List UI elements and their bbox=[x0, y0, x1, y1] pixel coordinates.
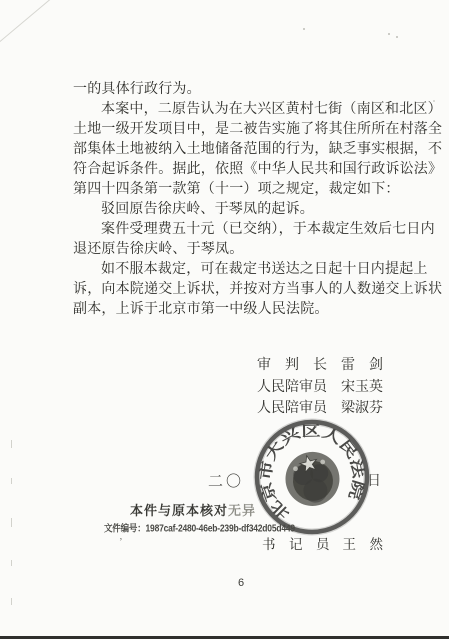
scan-artifact-left-dash bbox=[11, 598, 12, 605]
scan-artifact-left-dash bbox=[11, 560, 12, 566]
judge-name: 雷 剑 bbox=[341, 358, 383, 373]
file-number-label: 文件编号： bbox=[104, 522, 146, 534]
ruling-body-text: 一的具体行政行为。 本案中，二原告认为在大兴区黄村七街（南区和北区） 土地一级开… bbox=[73, 80, 433, 320]
scan-speck bbox=[388, 33, 390, 35]
scan-artifact-left-dash bbox=[11, 440, 12, 448]
assessor-line: 人民陪审员宋玉英 bbox=[257, 377, 383, 399]
body-line: 驳回原告徐庆岭、于琴凤的起诉。 bbox=[73, 200, 433, 220]
scan-artifact-left-dash bbox=[11, 478, 12, 484]
judges-signature-block: 审 判 长雷 剑 人民陪审员宋玉英 人民陪审员梁淑芬 bbox=[257, 355, 383, 420]
page-number: 6 bbox=[238, 577, 244, 589]
body-line: 本案中，二原告认为在大兴区黄村七街（南区和北区） bbox=[73, 100, 433, 120]
file-number-line: 文件编号：1987caf-2480-46eb-239b-df342d05d449 bbox=[104, 521, 295, 535]
body-line: 副本，上诉于北京市第一中级人民法院。 bbox=[73, 300, 433, 320]
body-line: 案件受理费五十元（已交纳），于本裁定生效后七日内 bbox=[73, 220, 433, 240]
verification-text: 本件与原本核对 bbox=[130, 503, 228, 518]
clerk-role: 书 记 员 bbox=[262, 537, 330, 552]
body-line: 诉，向本院递交上诉状，并按对方当事人的人数递交上诉状 bbox=[73, 280, 433, 300]
file-number-value: 1987caf-2480-46eb-239b-df342d05d449 bbox=[146, 522, 295, 534]
date-year-prefix: 二〇 bbox=[208, 470, 244, 491]
body-line: 部集体土地被纳入土地储备范围的行为，缺乏事实根据，不 bbox=[73, 140, 433, 160]
verification-stamped-suffix: 无异 bbox=[228, 503, 256, 518]
scan-artifact-left-dash bbox=[11, 518, 12, 527]
clerk-name: 王 然 bbox=[343, 537, 384, 552]
clerk-signature-line: 书 记 员王 然 bbox=[262, 533, 383, 553]
presiding-judge-line: 审 判 长雷 剑 bbox=[257, 355, 383, 377]
body-line: 土地一级开发项目中，是二被告实施了将其住所所在村落全 bbox=[73, 120, 433, 140]
copy-verification-note: 本件与原本核对无异 bbox=[130, 500, 256, 519]
body-line: 如不服本裁定，可在裁定书送达之日起十日内提起上 bbox=[73, 260, 433, 280]
scan-artifact-diagonal-line bbox=[0, 0, 56, 47]
judge-role: 审 判 长 bbox=[257, 358, 327, 373]
assessor-name: 宋玉英 bbox=[341, 380, 383, 395]
body-line: 第四十四条第一款第（十一）项之规定，裁定如下： bbox=[73, 180, 433, 200]
body-line: 一的具体行政行为。 bbox=[73, 80, 433, 100]
scan-speck bbox=[303, 28, 305, 30]
scan-tick-mark: ’ bbox=[119, 536, 123, 548]
scanned-court-document-page: 一的具体行政行为。 本案中，二原告认为在大兴区黄村七街（南区和北区） 土地一级开… bbox=[0, 0, 449, 639]
scan-speck bbox=[396, 36, 398, 38]
body-line: 退还原告徐庆岭、于琴凤。 bbox=[73, 240, 433, 260]
assessor-role: 人民陪审员 bbox=[257, 380, 327, 395]
body-line: 符合起诉条件。据此，依照《中华人民共和国行政诉讼法》 bbox=[73, 160, 433, 180]
